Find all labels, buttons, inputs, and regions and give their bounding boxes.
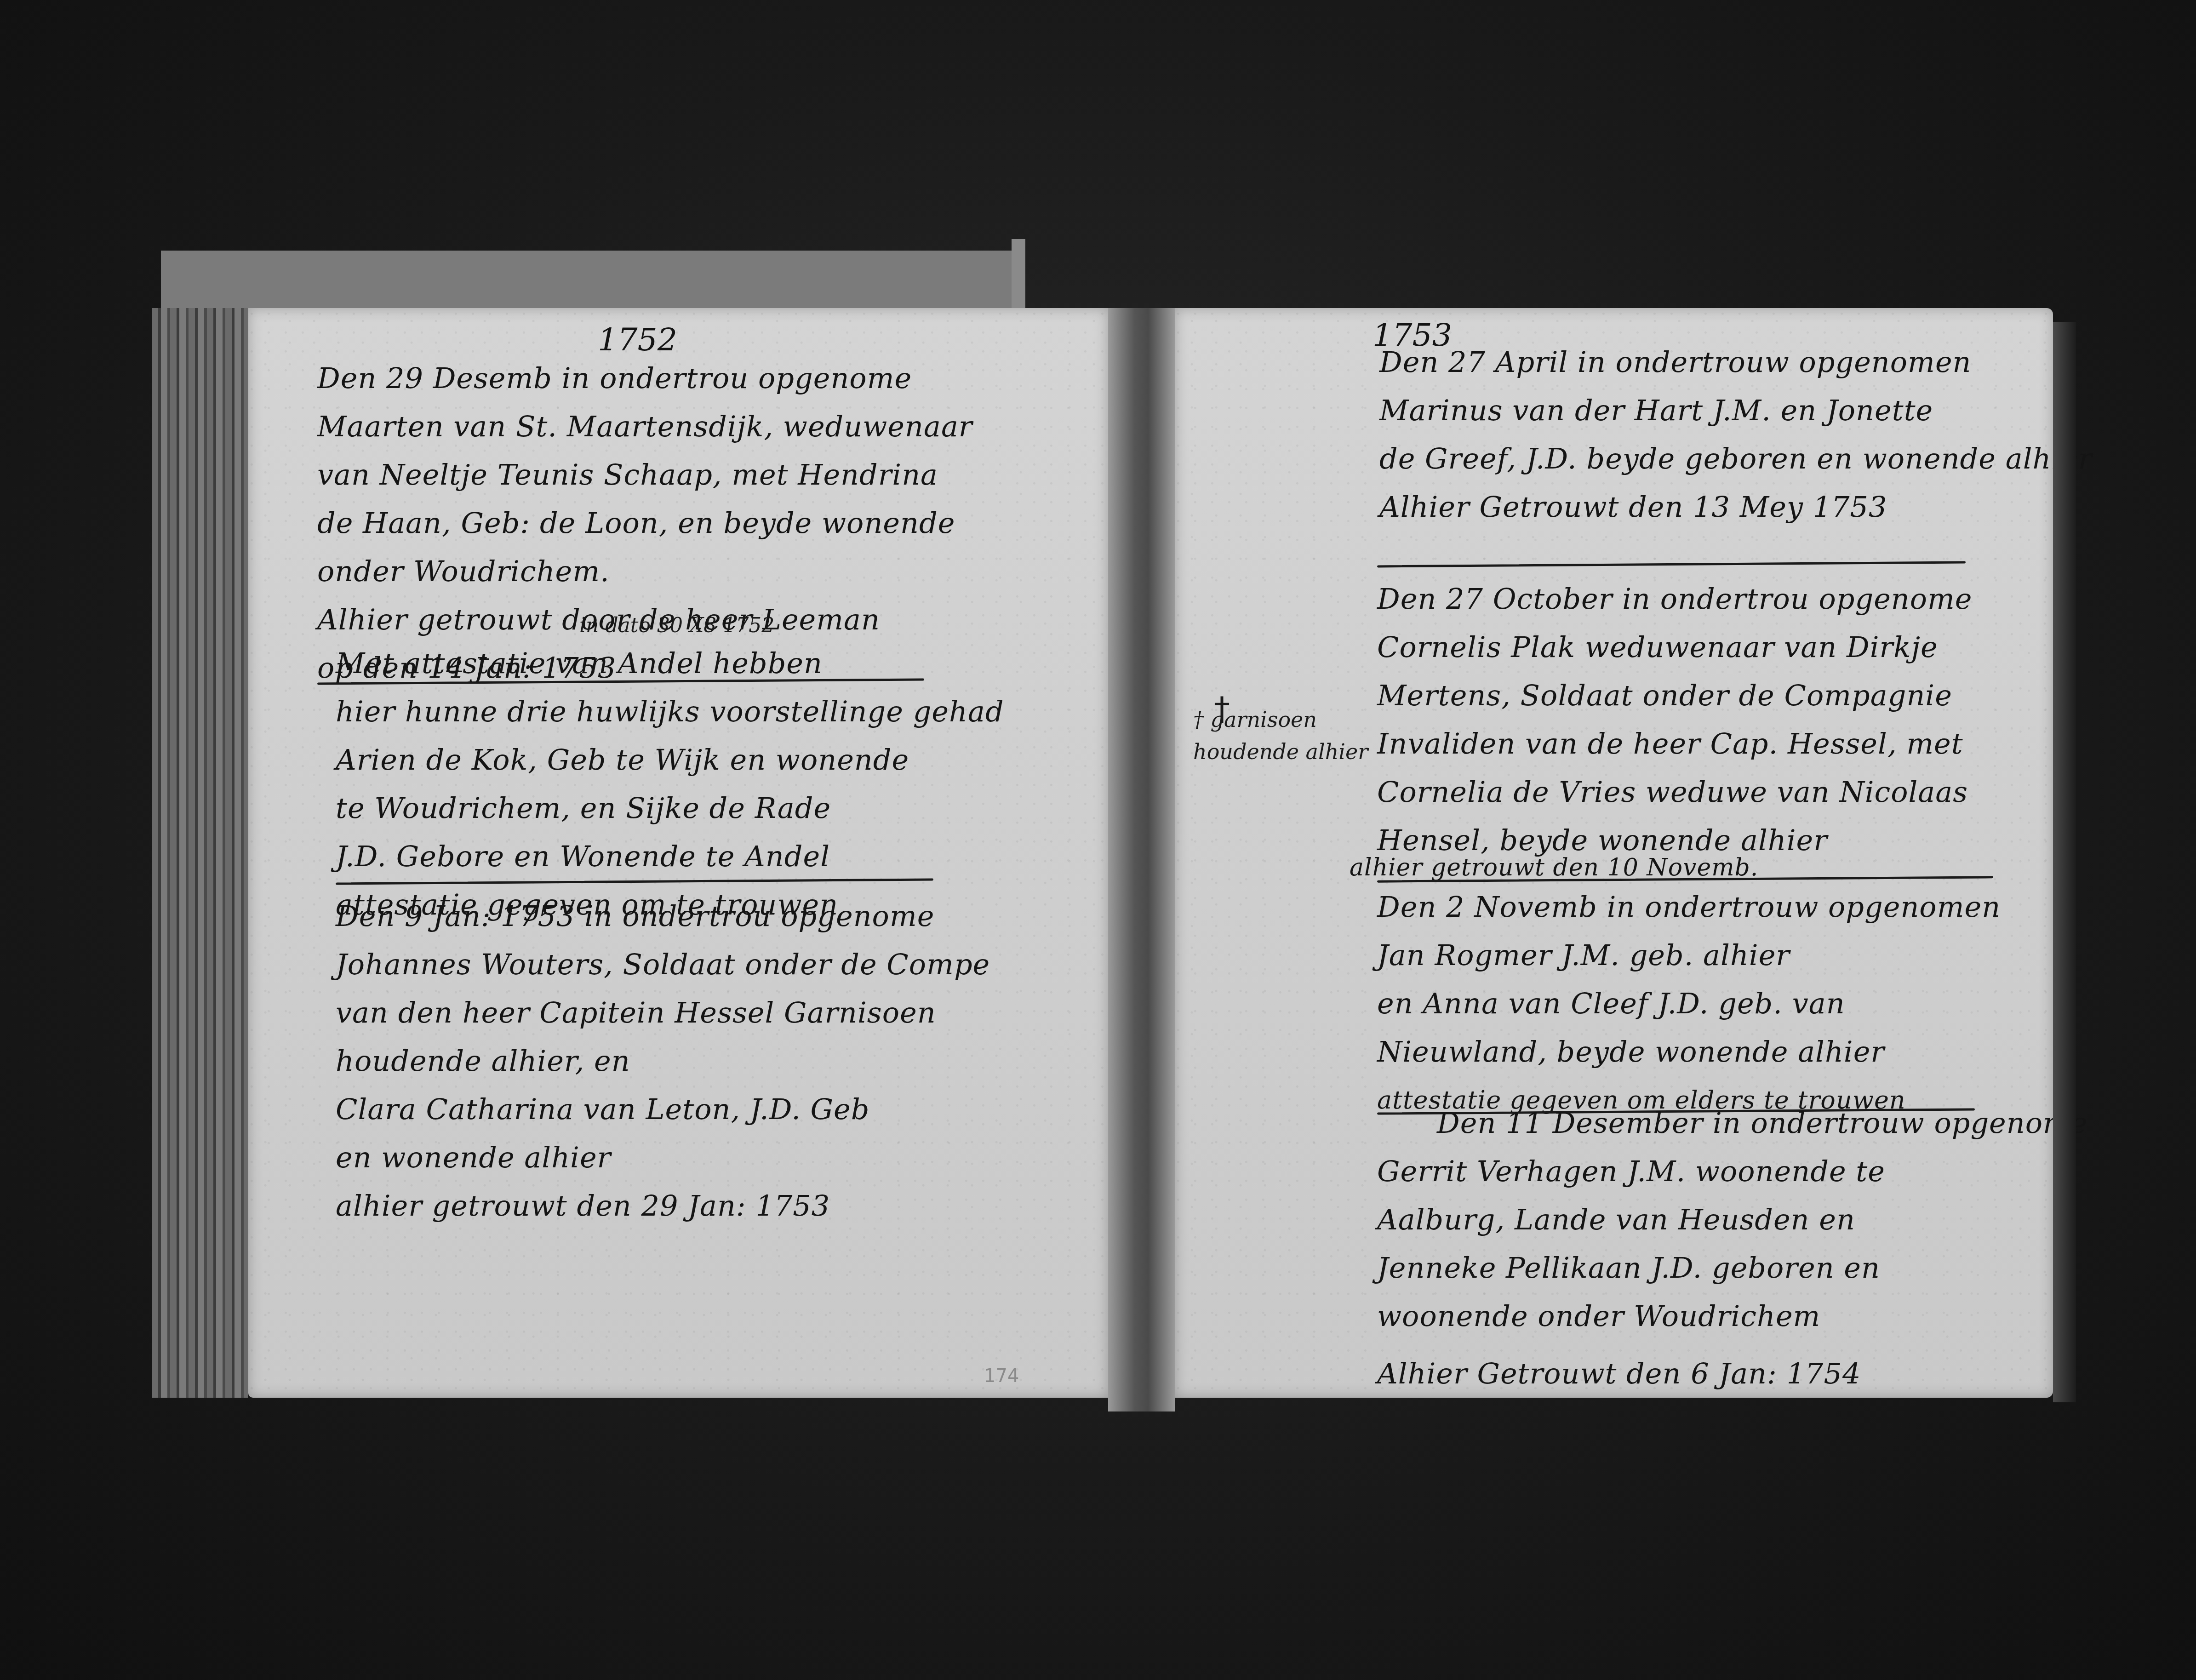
entry-line: Met attestatie van Andel hebben xyxy=(336,639,1004,687)
entry-line: J.D. Gebore en Wonende te Andel xyxy=(336,832,1004,880)
entry-3: Den 2 Novemb in ondertrouw opgenomen Jan… xyxy=(1377,883,2001,1124)
entry-3: Den 9 Jan: 1753 in ondertrou opgenome Jo… xyxy=(336,892,990,1230)
entry-line: Aalburg, Lande van Heusden en xyxy=(1377,1195,2088,1244)
year-heading-left: 1752 xyxy=(598,322,677,358)
entry-line: hier hunne drie huwlijks voorstellinge g… xyxy=(336,687,1004,736)
entry-2: Den 27 October in ondertrou opgenome Cor… xyxy=(1377,575,1973,864)
entry-line: Den 9 Jan: 1753 in ondertrou opgenome xyxy=(336,892,990,940)
entry-line: en wonende alhier xyxy=(336,1133,990,1182)
entry-line: Cornelia de Vries weduwe van Nicolaas xyxy=(1377,768,1973,816)
entry-line: Den 2 Novemb in ondertrouw opgenomen xyxy=(1377,883,2001,931)
entry-line: Den 27 October in ondertrou opgenome xyxy=(1377,575,1973,623)
entry-line: Mertens, Soldaat onder de Compagnie xyxy=(1377,671,1973,720)
marriage-date: Alhier Getrouwt den 13 Mey 1753 xyxy=(1379,483,2093,531)
entry-line: Jenneke Pellikaan J.D. geboren en xyxy=(1377,1244,2088,1292)
entry-line: Arien de Kok, Geb te Wijk en wonende xyxy=(336,736,1004,784)
pencil-folio-number: 174 xyxy=(984,1366,1019,1387)
entry-annotation: in dato 30 X8 1752 xyxy=(579,614,774,637)
entry-line: onder Woudrichem. xyxy=(317,547,973,595)
entry-line: Den 11 Desember in ondertrouw opgenome xyxy=(1377,1099,2088,1147)
entry-line: Clara Catharina van Leton, J.D. Geb xyxy=(336,1085,990,1133)
entry-divider xyxy=(1377,561,1966,568)
book-right-edge xyxy=(2053,322,2076,1402)
entry-line: Johannes Wouters, Soldaat onder de Compe xyxy=(336,940,990,989)
entry-line: de Haan, Geb: de Loon, en beyde wonende xyxy=(317,499,973,547)
entry-line: Gerrit Verhagen J.M. woonende te xyxy=(1377,1147,2088,1195)
entry-line: te Woudrichem, en Sijke de Rade xyxy=(336,784,1004,832)
entry-line: Marinus van der Hart J.M. en Jonette xyxy=(1379,386,2093,434)
entry-2: Met attestatie van Andel hebben hier hun… xyxy=(336,639,1004,929)
entry-line: Jan Rogmer J.M. geb. alhier xyxy=(1377,931,2001,979)
entry-line: Nieuwland, beyde wonende alhier xyxy=(1377,1028,2001,1076)
entry-line: Cornelis Plak weduwenaar van Dirkje xyxy=(1377,623,1973,671)
entry-line: Den 27 April in ondertrouw opgenomen xyxy=(1379,338,2093,386)
book-gutter xyxy=(1108,308,1175,1411)
page-edges-stack xyxy=(152,308,248,1398)
right-page: 1753 Den 27 April in ondertrouw opgenome… xyxy=(1175,308,2053,1398)
left-page: 1752 Den 29 Desemb in ondertrou opgenome… xyxy=(248,308,1108,1398)
underlying-sheet-edge xyxy=(1012,239,1025,313)
entry-line: van Neeltje Teunis Schaap, met Hendrina xyxy=(317,451,973,499)
entry-line: en Anna van Cleef J.D. geb. van xyxy=(1377,979,2001,1028)
entry-line: houdende alhier, en xyxy=(336,1037,990,1085)
marriage-date: Alhier Getrouwt den 6 Jan: 1754 xyxy=(1377,1349,2088,1398)
margin-note: † garnisoen houdende alhier xyxy=(1193,703,1368,768)
entry-line: Den 29 Desemb in ondertrou opgenome xyxy=(317,354,973,402)
entry-line: de Greef, J.D. beyde geboren en wonende … xyxy=(1379,434,2093,483)
marriage-date: alhier getrouwt den 29 Jan: 1753 xyxy=(336,1182,990,1230)
entry-line: van den heer Capitein Hessel Garnisoen xyxy=(336,989,990,1037)
entry-line: Invaliden van de heer Cap. Hessel, met xyxy=(1377,720,1973,768)
underlying-sheet xyxy=(161,251,1021,310)
entry-1: Den 27 April in ondertrouw opgenomen Mar… xyxy=(1379,338,2093,531)
entry-4: Den 11 Desember in ondertrouw opgenome G… xyxy=(1377,1099,2088,1398)
entry-line: woonende onder Woudrichem xyxy=(1377,1292,2088,1340)
entry-line: Maarten van St. Maartensdijk, weduwenaar xyxy=(317,402,973,451)
